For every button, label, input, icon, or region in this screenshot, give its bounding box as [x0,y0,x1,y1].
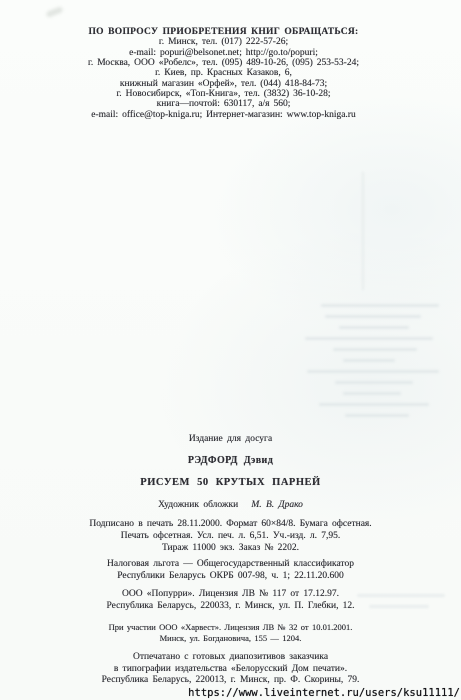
contacts-heading: ПО ВОПРОСУ ПРИОБРЕТЕНИЯ КНИГ ОБРАЩАТЬСЯ: [0,27,447,37]
book-author: РЭДФОРД Дэвид [0,455,461,466]
imprint-line: Тираж 11000 экз. Заказ № 2202. [0,543,461,555]
imprint-line: Подписано в печать 28.11.2000. Формат 60… [0,519,461,531]
scanned-book-page: ПО ВОПРОСУ ПРИОБРЕТЕНИЯ КНИГ ОБРАЩАТЬСЯ:… [0,0,461,700]
printing-house-block: Отпечатано с готовых диапозитивов заказч… [0,652,461,687]
publisher-line: ООО «Попурри». Лицензия ЛВ № 117 от 17.1… [0,589,461,601]
imprint-block: Подписано в печать 28.11.2000. Формат 60… [0,519,461,554]
imprint-line: Печать офсетная. Усл. печ. л. 6,51. Уч.-… [0,531,461,543]
contact-line: г. Москва, ООО «Робелс», тел. (095) 489-… [0,58,447,68]
purchase-contacts-block: ПО ВОПРОСУ ПРИОБРЕТЕНИЯ КНИГ ОБРАЩАТЬСЯ:… [0,27,461,120]
tax-line: Налоговая льгота — Общегосударственный к… [0,559,461,571]
book-title: РИСУЕМ 50 КРУТЫХ ПАРНЕЙ [0,477,461,488]
edition-type-line: Издание для досуга [0,434,461,444]
contact-line: книжный магазин «Орфей», тел. (044) 418-… [0,79,447,89]
contact-line: г. Минск, тел. (017) 222-57-26; [0,37,447,47]
tax-classifier-block: Налоговая льгота — Общегосударственный к… [0,559,461,582]
printing-line: Отпечатано с готовых диапозитивов заказч… [0,652,461,664]
watermark-url: https://www.liveinternet.ru/users/ksu111… [188,687,460,699]
tax-line: Республики Беларусь ОКРБ 007-98, ч. 1; 2… [0,571,461,583]
printing-line: в типографии издательства «Белорусский Д… [0,664,461,676]
partner-block: При участии ООО «Харвест». Лицензия ЛВ №… [0,622,461,643]
cover-artist-line: Художник обложки М. В. Драко [0,500,461,510]
publisher-block: ООО «Попурри». Лицензия ЛВ № 117 от 17.1… [0,589,461,613]
page-crease-artifact [362,172,364,290]
contact-line: книга—почтой: 630117, а/я 560; [0,99,447,109]
scan-smudge [45,6,63,18]
contact-line: e-mail: office@top-kniga.ru; Интернет-ма… [0,110,447,120]
contact-line: г. Новосибирск, «Топ-Книга», тел. (3832)… [0,89,447,99]
printing-line: Республика Беларусь, 220013, г. Минск, п… [0,675,461,687]
publisher-line: Республика Беларусь, 220033, г. Минск, у… [0,601,461,613]
contact-line: г. Киев, пр. Красных Казаков, 6, [0,68,447,78]
contact-line: e-mail: popuri@belsonet.net; http://go.t… [0,48,447,58]
partner-line: При участии ООО «Харвест». Лицензия ЛВ №… [0,622,461,633]
partner-line: Минск, ул. Богдановича, 155 — 1204. [0,633,461,644]
cover-artist-name: М. В. Драко [251,500,303,510]
bleed-through-artifact [289,296,439,417]
cover-artist-label: Художник обложки [158,500,238,510]
